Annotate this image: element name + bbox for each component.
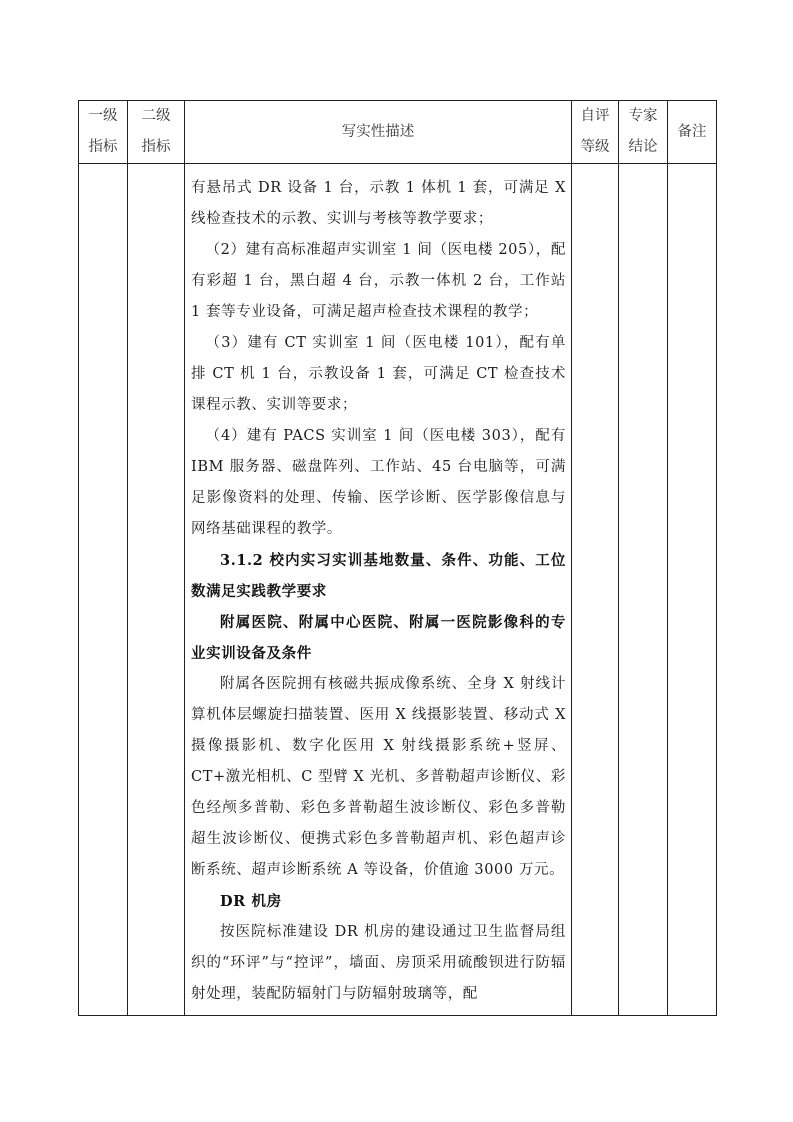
header-level2-line2: 指标 [128,132,184,163]
header-expert-conclusion: 专家 结论 [619,101,668,164]
cell-level1 [79,164,128,1016]
header-row: 一级 指标 二级 指标 写实性描述 自评 等级 专家 结论 备注 [79,101,717,164]
cell-level2 [128,164,185,1016]
header-level1-line1: 一级 [79,101,127,132]
header-self-rating-line1: 自评 [572,101,618,132]
table-row: 有悬吊式 DR 设备 1 台，示教 1 体机 1 套，可满足 X 线检查技术的示… [79,164,717,1016]
paragraph-ct-lab: （3）建有 CT 实训室 1 间（医电楼 101），配有单排 CT 机 1 台，… [191,328,566,421]
paragraph-dr-equipment: 有悬吊式 DR 设备 1 台，示教 1 体机 1 套，可满足 X 线检查技术的示… [191,173,566,235]
subheading-dr-room: DR 机房 [191,886,566,917]
paragraph-dr-room: 按医院标准建设 DR 机房的建设通过卫生监督局组织的“环评”与“控评”，墙面、房… [191,917,566,1010]
cell-expert-conclusion [619,164,668,1016]
paragraph-pacs-lab: （4）建有 PACS 实训室 1 间（医电楼 303），配有 IBM 服务器、磁… [191,421,566,545]
header-expert-line1: 专家 [619,101,667,132]
evaluation-table: 一级 指标 二级 指标 写实性描述 自评 等级 专家 结论 备注 有悬吊式 DR… [78,100,717,1016]
header-description: 写实性描述 [185,101,572,164]
header-level2-line1: 二级 [128,101,184,132]
header-self-rating-line2: 等级 [572,132,618,163]
header-level1-line2: 指标 [79,132,127,163]
cell-remarks [668,164,717,1016]
section-heading-3-1-2: 3.1.2 校内实习实训基地数量、条件、功能、工位数满足实践教学要求 [191,545,566,607]
paragraph-hospital-equipment: 附属各医院拥有核磁共振成像系统、全身 X 射线计算机体层螺旋扫描装置、医用 X … [191,669,566,886]
header-remarks: 备注 [668,101,717,164]
header-level2-indicator: 二级 指标 [128,101,185,164]
subheading-affiliated-hospitals: 附属医院、附属中心医院、附属一医院影像科的专业实训设备及条件 [191,607,566,669]
cell-description: 有悬吊式 DR 设备 1 台，示教 1 体机 1 套，可满足 X 线检查技术的示… [185,164,572,1016]
paragraph-ultrasound-lab: （2）建有高标准超声实训室 1 间（医电楼 205），配有彩超 1 台，黑白超 … [191,235,566,328]
header-level1-indicator: 一级 指标 [79,101,128,164]
header-self-rating: 自评 等级 [572,101,619,164]
cell-self-rating [572,164,619,1016]
description-text: 有悬吊式 DR 设备 1 台，示教 1 体机 1 套，可满足 X 线检查技术的示… [185,170,571,1010]
header-expert-line2: 结论 [619,132,667,163]
